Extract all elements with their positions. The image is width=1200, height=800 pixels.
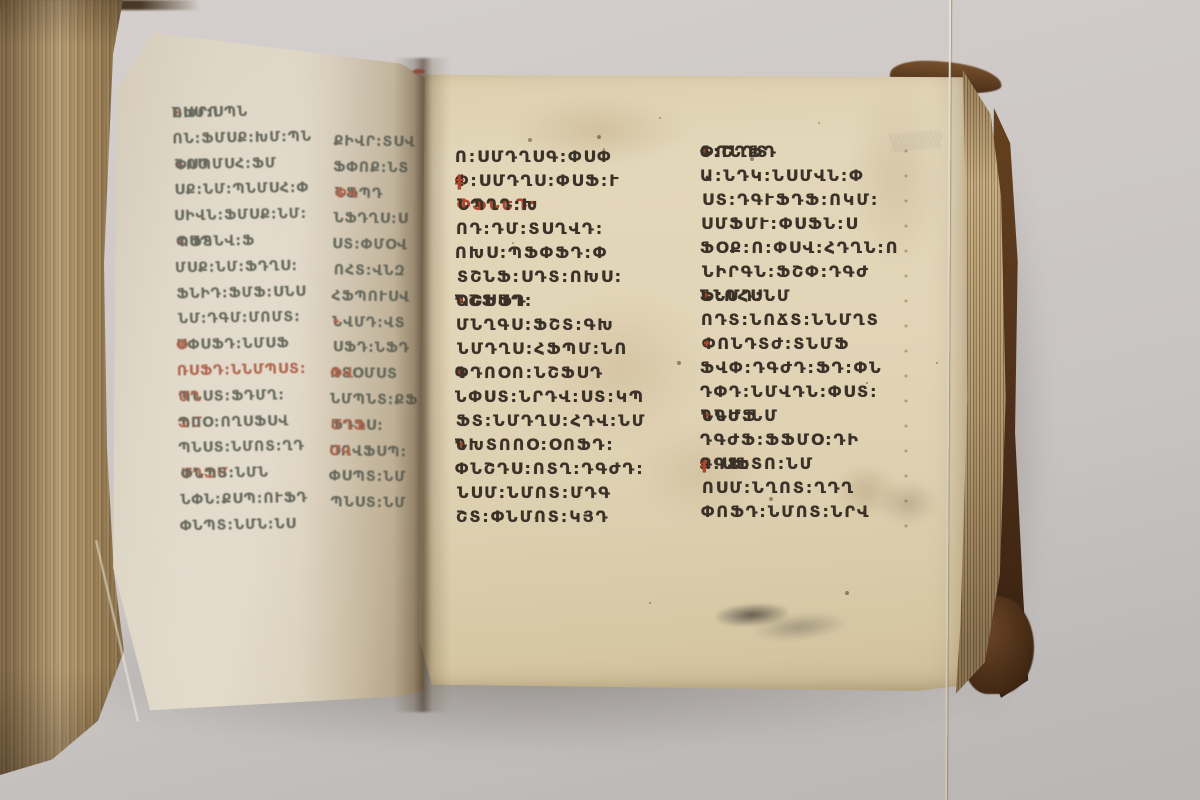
rubric-red-text: ՄՎ — [329, 439, 352, 465]
text-line: ՆՄԴՂՍ:ՀՖՊՄ:ՆՈ — [457, 337, 673, 361]
text-line: Ֆ:ՈՀՍ᛭ՆՆՄԴ:ՆՄ — [700, 284, 918, 308]
ink-text: ՓՍՊՆՎ:Ֆ — [176, 229, 255, 256]
ink-text: ՈԽՍ:ՊՖՓՖԴ:Փ — [455, 241, 608, 265]
ink-text: ՆՍՄ:ՍՊՆ — [172, 100, 249, 127]
gutter-shadow — [394, 58, 450, 712]
left-fore-edge-shading — [0, 0, 132, 775]
ink-text: Փ:ՍՄԴՂՍ:ՓՍՖ:Ւ — [455, 169, 620, 193]
text-line: ՆՓՍՏ:ՆՐԴՎ:ՍՏ:ԿՊ — [455, 385, 673, 409]
text-line: Ո:ՍՄԴՂՍԳ:ՓՍՓ — [455, 145, 673, 169]
text-line: Ա:ՆԴԿ:ՆՍՄՎՆ:Փ — [700, 164, 918, 188]
rubric-red-text: ՄՂ — [178, 385, 201, 411]
ink-text: ՓՍՊՄՍՀ:ՖՄ — [175, 151, 277, 179]
ink-text: ՈՆ:ՖՄՍՔ:ԽՄ:ՊՆ — [172, 125, 312, 153]
ink-text: ՓՈՖԴ:ՆՄՈՏ:ՆՐՎ — [701, 500, 870, 524]
ink-text: ՆՇՖՍԴ: — [455, 289, 533, 313]
text-line: ՊՆՍՏ:ՖԴՄՂ:ՄՂ — [178, 382, 329, 411]
text-line: Ք:ՍՖՏՈ:ՆՄǂԴԳՖ: — [700, 452, 918, 476]
rubric-red-text: ՄՂՖ — [330, 413, 366, 439]
ink-text: ՄՍՔ:ՆՄ:ՖԴՂՍ: — [175, 254, 299, 282]
text-line: ՈՍՄ:ՆՂՈՏ:ՂԴՂ — [702, 476, 918, 500]
text-line: ՄՍՔ:ՆՄ:ՖԴՂՍ: — [175, 253, 327, 282]
ink-text: ՏՇՆՖ:ՍԴՏ:ՈԽՍ: — [457, 265, 623, 289]
ink-text: ՖՕՔ:Ո:ՓՍՎ:ՀԴՂՆ:Ո — [700, 236, 900, 260]
text-line: ՆՍՄ:ՆՄՈՏ:ՄԴԳ — [457, 481, 673, 505]
text-line: ՆԻՐԳՆ:ՖՇՓ:ԴԳԺ — [702, 260, 918, 284]
text-line: ՓՈՖԴ:ՆՄՈՏ:ՆՐՎ — [701, 500, 918, 524]
ink-text: ՆՓՆ:ՔՍՊ:ՈՒՖԴ — [180, 486, 308, 514]
ink-text: Ա:ՆԴԿ:ՆՍՄՎՆ:Փ — [700, 164, 865, 188]
text-line: ՆՓՆ:ՔՍՊ:ՈՒՖԴ — [180, 485, 331, 514]
text-line: ՊՇՍՖԴ᛭ՆՇՖՍԴ: — [455, 289, 673, 313]
sewing-thread-red — [413, 69, 425, 74]
ink-text: ՓՆՊՏ:ՆՄՆ:ՆՍ — [180, 512, 297, 540]
rubric-red-text: ǂ — [455, 169, 466, 193]
text-line: ՓՈՆԴՏԺ:ՏՆՄՖ᛭ — [702, 332, 918, 356]
ink-text: ՆՆՄ:ՆՄ — [701, 404, 779, 428]
ink-text: ՈՍՄ:ՆՂՈՏ:ՂԴՂ — [702, 476, 855, 500]
ink-text: ՖՏ:ՆՄԴՂՍ:ՀԴՎ:ՆՄ — [456, 409, 646, 433]
text-line: ՈԽՍ:ՊՖՓՖԴ:Փ — [455, 241, 673, 265]
text-line: ՖՆԻԴ:ՖՄՖ:ՍՆՍ — [176, 279, 327, 308]
ink-text: ՇՏ:ՓՆՄՈՏ:ԿՅԴ — [456, 505, 609, 529]
text-line: ՍՄՖՄՒ:ՓՍՖՆ:Ս — [701, 212, 918, 236]
ink-text: ԴԳԺՖ:ՖՖՄՕ:ԴԻ — [700, 428, 860, 452]
ink-text: ԴԳՖ: — [700, 452, 751, 476]
ink-text: ՆՄ:ԴԳՄ:ՄՈՄՏ: — [178, 305, 301, 333]
text-line: ՓՖՆԵԴ:ՆՊՂԴ:Խ — [457, 193, 673, 217]
text-line: ՇՏ:ՓՆՄՈՏ:ԿՅԴ — [456, 505, 673, 529]
left-page-column-1: ՈԽՐՈ᛭ՆՍՄ:ՍՊՆՈՆ:ՖՄՍՔ:ԽՄ:ՊՆՆՈՍ᛭ՓՍՊՄՍՀ:ՖՄՍՔ… — [172, 99, 333, 548]
text-line: ՍՔ:ՆՄ:ՊՆՄՍՀ:Փ — [174, 176, 325, 205]
ink-text: ՈԴ:ԴՄ:ՏՍՂՎԴ: — [456, 217, 604, 241]
ink-text: ՄՆՂԳՍ:ՖՇՏ:ԳԽ — [456, 313, 615, 337]
ink-text: ՓԴՈՕՈ:ՆՇՖՍԴ — [455, 361, 604, 385]
text-line: ՍԻՎՆ:ՖՄՍՔ:ՆՄ: — [174, 202, 326, 231]
text-line: ՓՆՊՏ:ՆՄՆ:ՆՍ — [180, 511, 332, 540]
text-line: Փ:ՍՄԴՂՍ:ՓՍՖ:Ւǂ — [455, 169, 673, 193]
text-line: ՄՂՖՄՓՆՊՏ:ՆՄՆ — [181, 460, 331, 489]
ink-text: ՍՓՍՖԴ:ՆՄՍՖ — [176, 331, 290, 359]
ink-text: ՆՊՂԴ:Խ — [457, 193, 539, 217]
text-line: ՍՏ:ԴԳՒՖԴՖ:ՈԿՄ: — [702, 188, 918, 212]
rubric-red-text: Փ — [176, 333, 189, 359]
ink-text: ՓՈՆԴՏԺ:ՏՆՄՖ — [702, 332, 850, 356]
ink-text: Ո:ՍՄԴՂՍԳ:ՓՍՓ — [455, 145, 613, 169]
ink-text: ՊՆՍՏ:ՆՄՈՏ:ՂԴ — [178, 434, 305, 462]
text-line: ՖՏ:ՆՄԴՂՍ:ՀԴՎ:ՆՄ — [456, 409, 673, 433]
text-line: ՌՍՖԴ:ՆՆՄՊՍՏ: — [177, 357, 329, 386]
right-page-column-2: Տ:ՇՂՖԴ᛭ՓՈՆԴՏԱ:ՆԴԿ:ՆՍՄՎՆ:ՓՍՏ:ԴԳՒՖԴՖ:ՈԿՄ:Ս… — [700, 140, 918, 532]
text-line: Դ᛭ՓԴՈՕՈ:ՆՇՖՍԴ — [455, 361, 673, 385]
text-line: ՈՆ:ՖՄՍՔ:ԽՄ:ՊՆ — [172, 124, 324, 153]
text-line: Դ᛭ՆԽՏՈՈՕ:ՕՈՖԴ: — [455, 433, 673, 457]
rubric-red-text: ՓՎ — [335, 181, 359, 207]
ink-text: ՍՄՖՄՒ:ՓՍՖՆ:Ս — [701, 212, 859, 236]
text-line: ՓՆՇԴՍ:ՈՏՂ:ԴԳԺԴ: — [455, 457, 673, 481]
text-line: Տ:ՇՂՖԴ᛭ՓՈՆԴՏ — [700, 140, 918, 164]
text-line: ՆՄ:ԴԳՄ:ՄՈՄՏ: — [178, 305, 328, 334]
rubric-red-text: ᛭ — [702, 332, 714, 356]
text-line: ՏՇՆՖ:ՍԴՏ:ՈԽՍ: — [457, 265, 673, 289]
ink-text: ՓՆՊՏ:ՆՄՆ — [181, 461, 270, 488]
ink-text: ՆՄԴՂՍ:ՀՖՊՄ:ՆՈ — [457, 337, 628, 361]
text-line: ՍՓՍՖԴ:ՆՄՍՖՓ — [176, 331, 328, 360]
rubric-red-text: ՌՍՖԴ:ՆՆՄՊՍՏ: — [177, 357, 307, 385]
ink-text: ՆՍՄ:ՆՄՈՏ:ՄԴԳ — [457, 481, 612, 505]
text-line: ՈԴ:ԴՄ:ՏՍՂՎԴ: — [456, 217, 673, 241]
text-line: ԴԳԺՖ᛭ՆՆՄ:ՆՄ — [701, 404, 918, 428]
text-line: ՄՆՂԳՍ:ՖՇՏ:ԳԽ — [456, 313, 673, 337]
rubric-red-text: ᛭ — [332, 310, 342, 336]
ink-text: ՓՆՇԴՍ:ՈՏՂ:ԴԳԺԴ: — [455, 457, 645, 481]
right-page-column-1: Ո:ՍՄԴՂՍԳ:ՓՍՓՓ:ՍՄԴՂՍ:ՓՍՖ:ՒǂՓՖՆԵԴ:ՆՊՂԴ:ԽՈԴ… — [455, 145, 673, 537]
text-line: ՈԽՐՈ᛭ՆՍՄ:ՍՊՆ — [172, 99, 324, 128]
text-line: ԴՓԴ:ՆՄՎԴՆ:ՓՍՏ: — [700, 380, 918, 404]
ink-text: ՆԽՏՈՈՕ:ՕՈՖԴ: — [455, 433, 615, 457]
ink-text: ՆԻՐԳՆ:ՖՇՓ:ԴԳԺ — [702, 260, 870, 284]
ink-text: ՖՎՓ:ԴԳԺԴ:ՖԴ:ՓՆ — [700, 356, 883, 380]
manuscript-photograph: ՈԽՐՈ᛭ՆՍՄ:ՍՊՆՈՆ:ՖՄՍՔ:ԽՄ:ՊՆՆՈՍ᛭ՓՍՊՄՍՀ:ՖՄՍՔ… — [0, 0, 1200, 800]
ink-text: ՍԻՎՆ:ՖՄՍՔ:ՆՄ: — [174, 202, 308, 230]
ink-text: ՖՆԻԴ:ՖՄՖ:ՍՆՍ — [176, 280, 307, 308]
ink-text: ՆՓՍՏ:ՆՐԴՎ:ՍՏ:ԿՊ — [455, 385, 645, 409]
ink-text: ԴՓԴ:ՆՄՎԴՆ:ՓՍՏ: — [700, 380, 879, 404]
ink-text: ՓՈՆԴՏ — [700, 140, 769, 164]
ink-text: ՈԴՏ:ՆՈՃՏ:ՆՆՄՂՏ — [701, 308, 880, 332]
ink-text: ՍՏ:ԴԳՒՖԴՖ:ՈԿՄ: — [702, 188, 879, 212]
text-line: ՆՈՍ᛭ՓՍՊՄՍՀ:ՖՄ — [175, 150, 325, 179]
text-line: ՖՎՓ:ԴԳԺԴ:ՖԴ:ՓՆ — [700, 356, 918, 380]
text-line: ՊՆՍՏ:ՆՄՈՏ:ՂԴ — [178, 434, 330, 463]
text-line: ԴԳԺՖ:ՖՖՄՕ:ԴԻ — [700, 428, 918, 452]
ink-text: ՍՔ:ՆՄ:ՊՆՄՍՀ:Փ — [174, 176, 309, 204]
rubric-red-text: ՓՎ — [330, 362, 354, 388]
ink-text: ՆՆՄԴ:ՆՄ — [700, 284, 791, 308]
text-line: ՖՕՔ:Ո:ՓՍՎ:ՀԴՂՆ:Ո — [700, 236, 918, 260]
text-line: ՖՄՊՈՕ:ՈՂՍՖՍՎ — [178, 408, 330, 437]
ink-text: ՊՈՕ:ՈՂՍՖՍՎ — [178, 409, 290, 437]
text-line: ՈԴՏ:ՆՈՃՏ:ՆՆՄՂՏ — [701, 308, 918, 332]
text-line: ՊՖՏ᛭ՓՍՊՆՎ:Ֆ — [176, 228, 326, 257]
